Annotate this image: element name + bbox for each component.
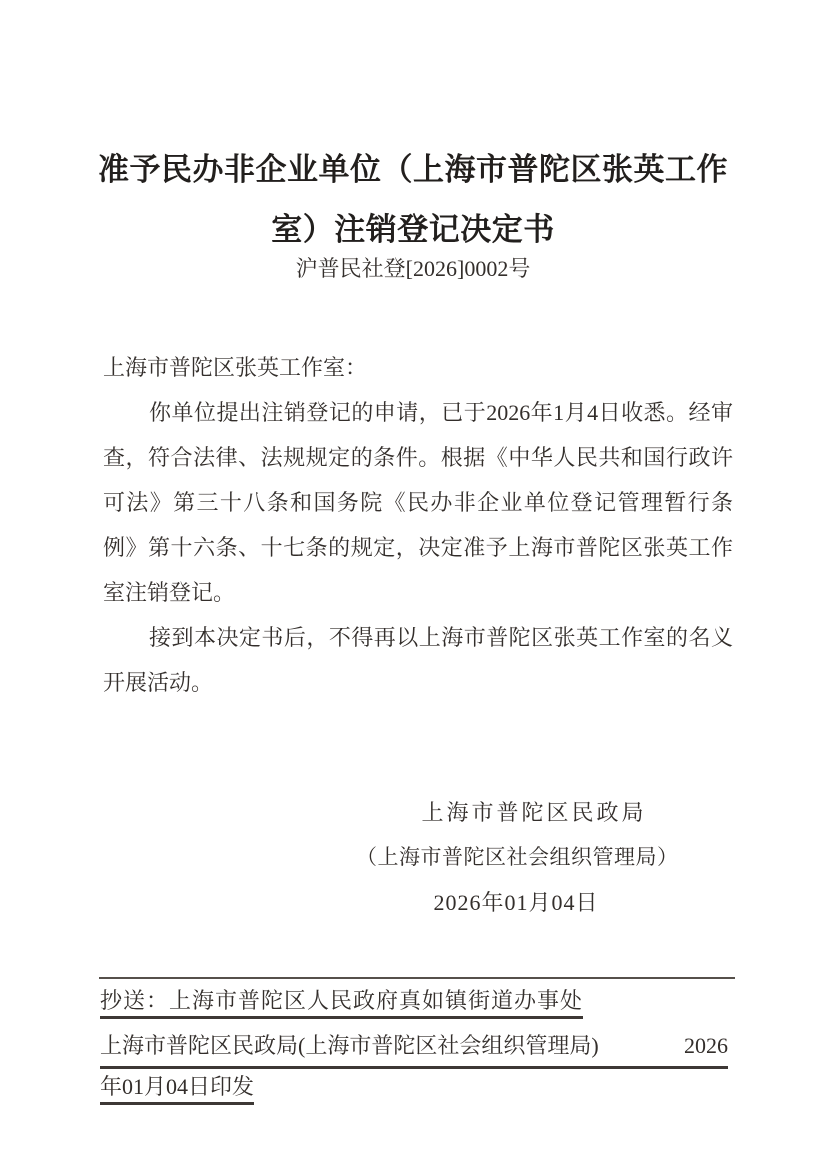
issue-year: 2026 xyxy=(684,1031,728,1061)
issuer-line: 上海市普陀区民政局(上海市普陀区社会组织管理局) 2026 xyxy=(100,1031,728,1069)
scanned-document-page: 准予民办非企业单位（上海市普陀区张英工作 室）注销登记决定书 沪普民社登[202… xyxy=(0,0,826,1168)
paragraph2-line-2: 开展活动。 xyxy=(103,660,733,705)
title-line-1: 准予民办非企业单位（上海市普陀区张英工作 xyxy=(0,140,826,200)
signature-organization: 上海市普陀区民政局 xyxy=(392,790,676,835)
paragraph1-line-3: 可法》第三十八条和国务院《民办非企业单位登记管理暂行条 xyxy=(103,480,733,525)
paragraph1-line-5: 室注销登记。 xyxy=(103,570,733,615)
signature-organization-alias: （上海市普陀区社会组织管理局） xyxy=(356,835,676,880)
cc-line: 抄送：上海市普陀区人民政府真如镇街道办事处 xyxy=(100,986,583,1016)
paragraph2-line-1: 接到本决定书后，不得再以上海市普陀区张英工作室的名义 xyxy=(103,615,733,660)
signature-date: 2026年01月04日 xyxy=(356,880,676,925)
document-body: 上海市普陀区张英工作室： 你单位提出注销登记的申请，已于2026年1月4日收悉。… xyxy=(103,345,733,705)
document-number: 沪普民社登[2026]0002号 xyxy=(0,252,826,286)
addressee-line: 上海市普陀区张英工作室： xyxy=(103,345,733,390)
issue-date-text: 年01月04日印发 xyxy=(100,1074,254,1105)
paragraph1-line-1: 你单位提出注销登记的申请，已于2026年1月4日收悉。经审 xyxy=(103,390,733,435)
paragraph1-line-4: 例》第十六条、十七条的规定，决定准予上海市普陀区张英工作 xyxy=(103,525,733,570)
cc-text: 抄送：上海市普陀区人民政府真如镇街道办事处 xyxy=(100,988,583,1019)
paragraph1-line-2: 查，符合法律、法规规定的条件。根据《中华人民共和国行政许 xyxy=(103,435,733,480)
issuer-text: 上海市普陀区民政局(上海市普陀区社会组织管理局) xyxy=(100,1031,599,1061)
footer-divider xyxy=(99,977,735,979)
signature-block: 上海市普陀区民政局 （上海市普陀区社会组织管理局） 2026年01月04日 xyxy=(356,790,676,925)
issue-date-line: 年01月04日印发 xyxy=(100,1072,254,1102)
document-title: 准予民办非企业单位（上海市普陀区张英工作 室）注销登记决定书 xyxy=(0,140,826,260)
title-line-2: 室）注销登记决定书 xyxy=(0,200,826,260)
